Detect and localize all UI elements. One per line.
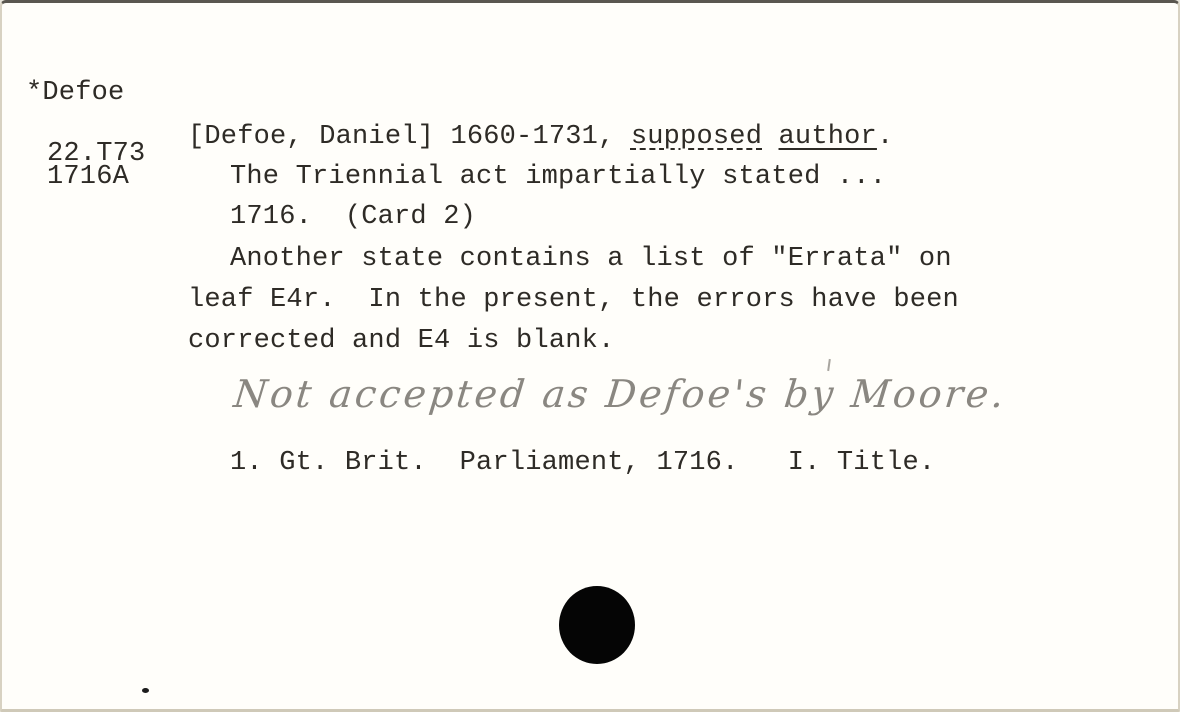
main-entry: *Defoe bbox=[26, 80, 124, 107]
handwritten-note: Not accepted as Defoe's by Moore. bbox=[232, 375, 1009, 413]
underlined-supposed: supposed bbox=[631, 122, 762, 152]
author-heading: [Defoe, Daniel] 1660-1731, supposed auth… bbox=[188, 124, 893, 151]
pencil-mark bbox=[827, 359, 831, 371]
note-line-2: leaf E4r. In the present, the errors hav… bbox=[188, 287, 959, 314]
title-line: The Triennial act impartially stated ... bbox=[230, 164, 886, 191]
tracings: 1. Gt. Brit. Parliament, 1716. I. Title. bbox=[230, 450, 935, 477]
catalog-card: *Defoe 22.T73 1716A [Defoe, Daniel] 1660… bbox=[0, 0, 1180, 712]
underlined-author: author bbox=[779, 122, 877, 152]
imprint-line: 1716. (Card 2) bbox=[230, 204, 476, 231]
note-line-1: Another state contains a list of "Errata… bbox=[230, 246, 952, 273]
heading-space bbox=[762, 122, 778, 152]
heading-period: . bbox=[877, 122, 893, 152]
ink-speck bbox=[142, 688, 149, 693]
call-number-line-2: 1716A bbox=[47, 164, 129, 191]
note-line-3: corrected and E4 is blank. bbox=[188, 328, 614, 355]
author-heading-prefix: [Defoe, Daniel] 1660-1731, bbox=[188, 122, 631, 152]
punch-hole bbox=[559, 586, 635, 664]
